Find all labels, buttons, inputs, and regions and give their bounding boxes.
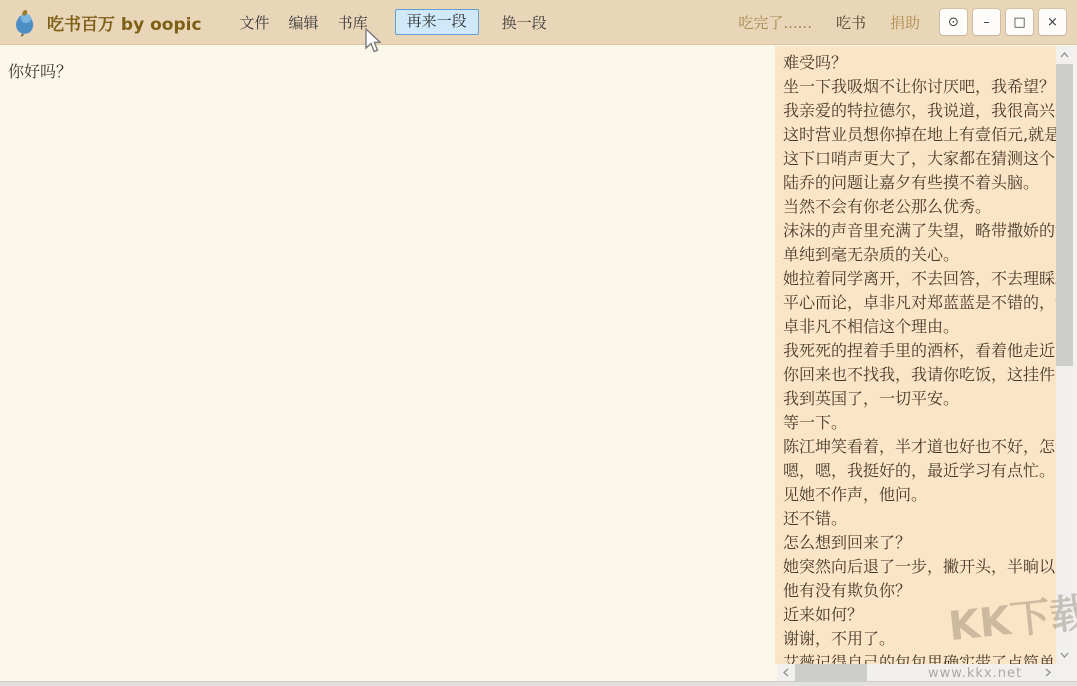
text-line: 单纯到毫无杂质的关心。 [783,243,1056,267]
status-eaten-label: 吃完了...... [738,12,812,33]
horizontal-scroll-thumb[interactable] [795,664,867,681]
menu-library[interactable]: 书库 [338,12,368,33]
text-line: 近来如何？ [783,603,1056,627]
next-paragraph-button[interactable]: 再来一段 [395,9,479,35]
text-line: 卓非凡不相信这个理由。 [783,315,1056,339]
text-line: 你回来也不找我，我请你吃饭，这挂件真漂 [783,363,1056,387]
topmost-button[interactable]: ⊙ [940,9,967,35]
text-line: 陆乔的问题让嘉夕有些摸不着头脑。 [783,171,1056,195]
horizontal-scrollbar[interactable] [777,664,1056,681]
chevron-left-icon [783,668,789,677]
change-paragraph-button[interactable]: 换一段 [502,12,547,33]
text-line: 平心而论，卓非凡对郑蓝蓝是不错的，够仗 [783,291,1056,315]
text-line: 我死死的捏着手里的酒杯，看着他走近，脑 [783,339,1056,363]
maximize-icon: □ [1013,15,1025,30]
text-line: 这下口哨声更大了，大家都在猜测这个昵称 [783,147,1056,171]
menu-edit[interactable]: 编辑 [289,12,319,33]
scroll-down-button[interactable] [1056,646,1073,664]
text-line: 见她不作声，他问。 [783,483,1056,507]
window-bottom-edge [0,681,1077,686]
titlebar: 吃书百万 by oopic 文件 编辑 书库 再来一段 换一段 吃完了.....… [0,0,1077,45]
scroll-left-button[interactable] [777,664,794,681]
titlebar-right-group: 吃完了...... 吃书 捐助 ⊙ – □ × [738,9,1066,35]
text-line: 等一下。 [783,411,1056,435]
reading-area: 你好吗？ [0,46,775,681]
vertical-scrollbar[interactable] [1056,46,1073,664]
window-right-edge [1073,46,1077,664]
text-line: 嗯，嗯，我挺好的，最近学习有点忙。 [783,459,1056,483]
text-line: 我亲爱的特拉德尔，我说道，我很高兴总算 [783,99,1056,123]
scroll-up-button[interactable] [1056,46,1073,64]
text-line: 怎么想到回来了？ [783,531,1056,555]
close-icon: × [1047,15,1058,30]
text-line: 难受吗？ [783,51,1056,75]
text-line: 艾薇记得自己的包包里确实带了点简单的礼 [783,651,1056,664]
text-line: 沫沫的声音里充满了失望，略带撒娇的说好 [783,219,1056,243]
minimize-icon: – [983,15,990,30]
app-title: 吃书百万 by oopic [47,10,202,35]
menu-file[interactable]: 文件 [240,12,270,33]
minimize-button[interactable]: – [973,9,1000,35]
source-text-lines: 难受吗？坐一下我吸烟不让你讨厌吧，我希望？我亲爱的特拉德尔，我说道，我很高兴总算… [775,46,1056,664]
topmost-icon: ⊙ [948,15,959,30]
close-button[interactable]: × [1039,9,1066,35]
text-line: 陈江坤笑看着，半才道也好也不好，怎么呢 [783,435,1056,459]
text-line: 谢谢，不用了。 [783,627,1056,651]
maximize-button[interactable]: □ [1006,9,1033,35]
text-line: 还不错。 [783,507,1056,531]
text-line: 当然不会有你老公那么优秀。 [783,195,1056,219]
vertical-scroll-thumb[interactable] [1056,64,1073,366]
text-line: 她拉着同学离开，不去回答，不去理睬。 [783,267,1056,291]
source-text-panel[interactable]: 难受吗？坐一下我吸烟不让你讨厌吧，我希望？我亲爱的特拉德尔，我说道，我很高兴总算… [775,46,1056,664]
app-icon [9,6,37,38]
text-line: 我到英国了，一切平安。 [783,387,1056,411]
current-sentence: 你好吗？ [0,46,775,82]
text-line: 她突然向后退了一步，撇开头，半晌以后才 [783,555,1056,579]
chevron-up-icon [1060,52,1069,58]
scroll-right-button[interactable] [1039,664,1056,681]
text-line: 他有没有欺负你？ [783,579,1056,603]
scrollbar-corner [1056,664,1077,681]
text-line: 坐一下我吸烟不让你讨厌吧，我希望？ [783,75,1056,99]
eat-book-button[interactable]: 吃书 [836,12,866,33]
chevron-right-icon [1045,668,1051,677]
text-line: 这时营业员想你掉在地上有壹佰元,就是你的 [783,123,1056,147]
chevron-down-icon [1060,652,1069,658]
donate-button[interactable]: 捐助 [890,12,920,33]
